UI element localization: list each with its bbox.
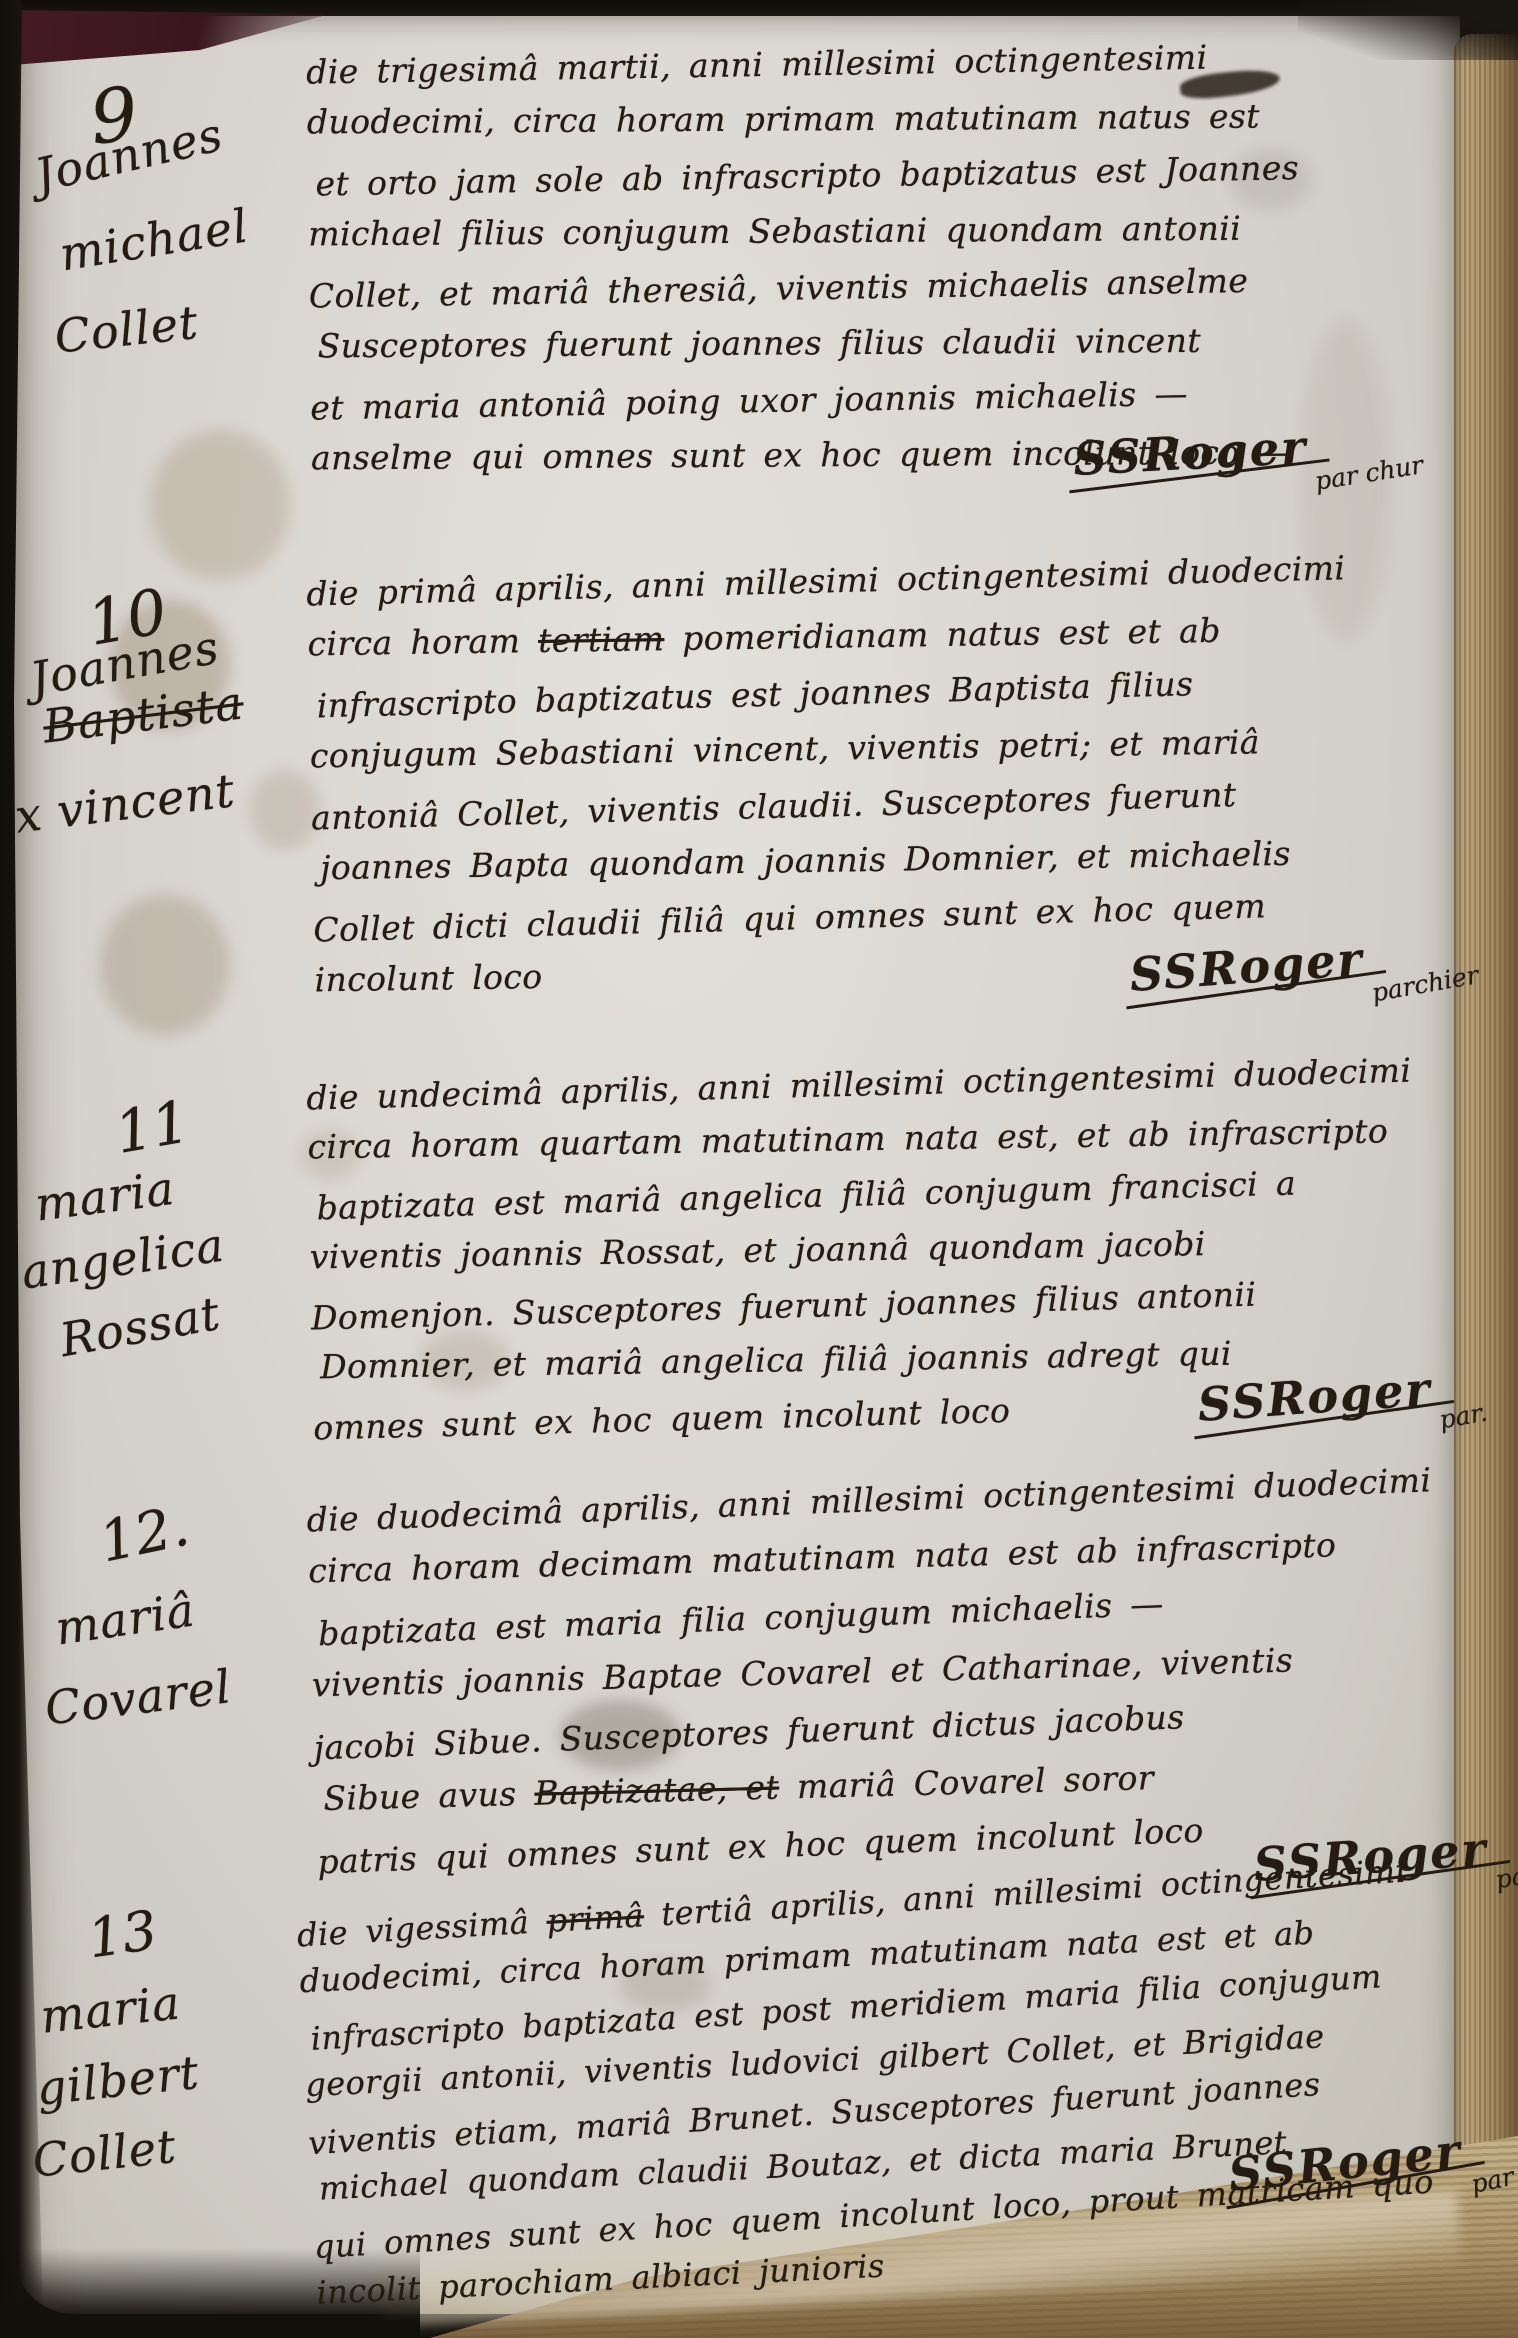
entry-number: 11 [110,1087,194,1167]
register-scan: 9JoannesmichaelColletdie trigesimâ marti… [0,0,1518,2338]
entry-text-block: die duodecimâ aprilis, anni millesimi oc… [306,1461,1493,1897]
struck-word: primâ [545,1896,644,1940]
text-segment: mariâ Covarel soror [779,1758,1155,1806]
text-segment: duodecimi, circa horam primam matutinam … [307,97,1260,142]
text-segment: michael filius conjugum Sebastiani quond… [308,209,1241,254]
text-segment: pomeridianam natus est et ab [664,611,1221,658]
entry-number: 13 [84,1898,161,1970]
text-segment: Susceptores fuerunt joannes filius claud… [318,321,1202,365]
struck-word: Baptizatae, et [534,1768,780,1813]
signature-title: par chur [1468,2148,1518,2199]
struck-word: tertiam [538,619,665,660]
text-segment: incolunt loco [314,957,543,999]
text-segment: circa horam [307,621,538,663]
text-segment: et maria antoniâ poing uxor joannis mich… [310,374,1188,428]
entry-text-block: die vigessimâ primâ tertiâ aprilis, anni… [296,1850,1492,2329]
text-segment: Sibue avus [323,1774,535,1818]
